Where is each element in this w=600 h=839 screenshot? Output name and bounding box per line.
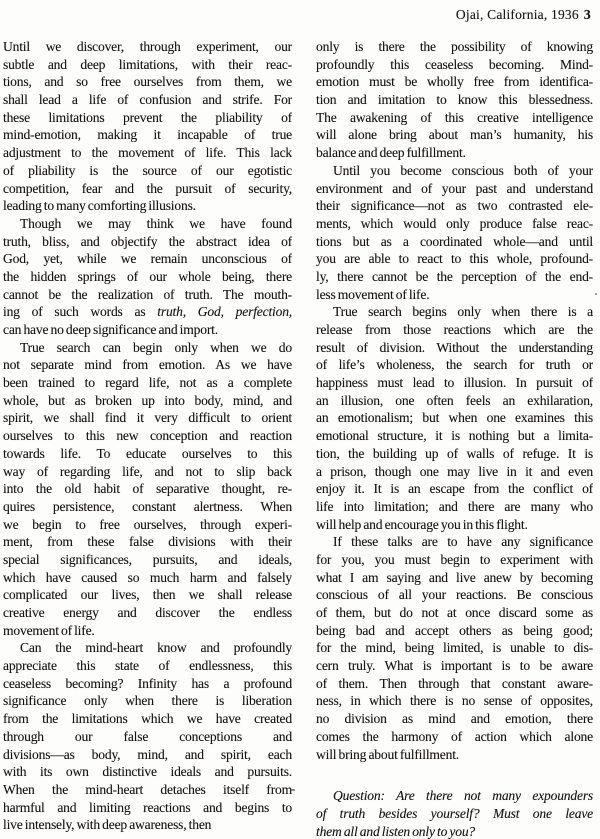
text-line: harmful and limiting reactions and begin… bbox=[3, 799, 292, 817]
text-line: them all and listen only to you? bbox=[316, 823, 593, 839]
text-line: cern truly. What is important is to be a… bbox=[316, 657, 593, 675]
text-line: ing of such words as truth, God, perfect… bbox=[3, 303, 292, 321]
text-line: mind-emotion, making it incapable of tru… bbox=[3, 126, 292, 144]
text-line: emotion must be wholly free from identif… bbox=[316, 73, 593, 91]
text-line: When the mind-heart detaches itself from bbox=[3, 781, 292, 799]
text-line: True search begins only when there is a bbox=[316, 303, 593, 321]
text-line: an illusion, one often feels an exhilara… bbox=[316, 392, 593, 410]
text-line: life into limitation; and there are many… bbox=[316, 498, 593, 516]
text-line: tions, and so free ourselves from them, … bbox=[3, 73, 292, 91]
paragraph: Until you become conscious both of youre… bbox=[316, 162, 593, 304]
text-line: ment, from these false divisions with th… bbox=[3, 533, 292, 551]
text-line: of them, but do not at once discard some… bbox=[316, 604, 593, 622]
text-line: the hidden springs of our whole being, t… bbox=[3, 268, 292, 286]
text-line: significance only when there is liberati… bbox=[3, 692, 292, 710]
text-line: will bring about fulfillment. bbox=[316, 746, 593, 764]
text-line: of truth besides yourself? Must one leav… bbox=[316, 805, 593, 823]
text-line: of pliability is the source of our egoti… bbox=[3, 162, 292, 180]
header-location: Ojai, California, 1936 bbox=[456, 7, 579, 22]
text-line: ness, in which there is no sense of oppo… bbox=[316, 692, 593, 710]
text-line: these limitations prevent the pliability… bbox=[3, 109, 292, 127]
paragraph: only is there the possibility of knowing… bbox=[316, 38, 593, 162]
text-line: what I am saying and live anew by becomi… bbox=[316, 569, 593, 587]
text-line: their significance—not as two contrasted… bbox=[316, 197, 593, 215]
text-line: The awakening of this creative intellige… bbox=[316, 109, 593, 127]
text-line: you are able to react to this whole, pro… bbox=[316, 250, 593, 268]
text-line: ourselves to this new conception and rea… bbox=[3, 427, 292, 445]
text-line: competition, fear and the pursuit of sec… bbox=[3, 180, 292, 198]
text-line: Until you become conscious both of your bbox=[316, 162, 593, 180]
text-line: subtle and deep limitations, with their … bbox=[3, 56, 292, 74]
text-line: whole, but as broken up into body, mind,… bbox=[3, 392, 292, 410]
emphasized-text: truth, God, perfection, bbox=[157, 304, 292, 319]
text-line: will alone bring about man’s humanity, h… bbox=[316, 126, 593, 144]
paragraph: Though we may think we have foundtruth, … bbox=[3, 215, 292, 339]
text-line: happiness must lead to illusion. In purs… bbox=[316, 374, 593, 392]
text-line: True search can begin only when we do bbox=[3, 339, 292, 357]
text-line: which have caused so much harm and false… bbox=[3, 569, 292, 587]
text-line: comes the harmony of action which alone bbox=[316, 728, 593, 746]
text-line: only is there the possibility of knowing bbox=[316, 38, 593, 56]
text-line: not separate mind from emotion. As we ha… bbox=[3, 356, 292, 374]
text-line: ly, there cannot be the perception of th… bbox=[316, 268, 593, 286]
text-line: leading to many comforting illusions. bbox=[3, 197, 292, 215]
text-line: profoundly this ceaseless becoming. Mind… bbox=[316, 56, 593, 74]
scan-speckle bbox=[595, 293, 597, 295]
text-line: live intensely, with deep awareness, the… bbox=[3, 816, 292, 834]
text-line: divisions—as body, mind, and spirit, eac… bbox=[3, 746, 292, 764]
text-segment: ing of such words as bbox=[3, 304, 157, 319]
text-line: ments, which would only produce false re… bbox=[316, 215, 593, 233]
paragraph: Until we discover, through experiment, o… bbox=[3, 38, 292, 215]
text-line: we begin to free ourselves, through expe… bbox=[3, 516, 292, 534]
text-line: been trained to regard life, not as a co… bbox=[3, 374, 292, 392]
text-line: a prison, though one may live in it and … bbox=[316, 463, 593, 481]
text-line: for the mind, being limited, is unable t… bbox=[316, 639, 593, 657]
text-line: spirit, we shall find it very difficult … bbox=[3, 409, 292, 427]
text-line: into the old habit of separative thought… bbox=[3, 480, 292, 498]
paragraph: Question: Are there not many expounderso… bbox=[316, 787, 593, 839]
text-line: complicated our lives, then we shall rel… bbox=[3, 586, 292, 604]
text-column-right: only is there the possibility of knowing… bbox=[316, 38, 593, 839]
text-line: God, yet, while we remain unconscious of bbox=[3, 250, 292, 268]
text-line: enjoy it. It is an escape from the confl… bbox=[316, 480, 593, 498]
text-line: Until we discover, through experiment, o… bbox=[3, 38, 292, 56]
text-line: for you, you must begin to experiment wi… bbox=[316, 551, 593, 569]
text-line: Though we may think we have found bbox=[3, 215, 292, 233]
text-line: adjustment to the movement of life. This… bbox=[3, 144, 292, 162]
text-line: special significances, pursuits, and ide… bbox=[3, 551, 292, 569]
text-line: tion and imitation to know this blessedn… bbox=[316, 91, 593, 109]
text-column-left: Until we discover, through experiment, o… bbox=[3, 38, 292, 834]
text-line: Can the mind-heart know and profoundly bbox=[3, 639, 292, 657]
text-line: cannot be the realization of truth. The … bbox=[3, 286, 292, 304]
book-page: Ojai, California, 19363 Until we discove… bbox=[0, 0, 600, 839]
text-line: will help and encourage you in this flig… bbox=[316, 516, 593, 534]
text-line: can have no deep significance and import… bbox=[3, 321, 292, 339]
text-line: ceaseless becoming? Infinity has a profo… bbox=[3, 675, 292, 693]
text-line: tions but as a coordinated whole—and unt… bbox=[316, 233, 593, 251]
text-line: being bad and accept others as being goo… bbox=[316, 622, 593, 640]
page-header: Ojai, California, 19363 bbox=[456, 7, 591, 24]
paragraph: True search can begin only when we donot… bbox=[3, 339, 292, 640]
text-line: way of regarding life, and not to slip b… bbox=[3, 463, 292, 481]
page-number: 3 bbox=[584, 8, 591, 23]
text-line: quires persistence, constant alertness. … bbox=[3, 498, 292, 516]
scan-speckle bbox=[291, 789, 295, 791]
text-line: of them. Then through that constant awar… bbox=[316, 675, 593, 693]
text-line: appreciate this state of endlessness, th… bbox=[3, 657, 292, 675]
text-line: truth, bliss, and objectify the abstract… bbox=[3, 233, 292, 251]
text-line: result of division. Without the understa… bbox=[316, 339, 593, 357]
text-line: towards life. To educate ourselves to th… bbox=[3, 445, 292, 463]
text-line: If these talks are to have any significa… bbox=[316, 533, 593, 551]
text-line: movement of life. bbox=[3, 622, 292, 640]
paragraph: If these talks are to have any significa… bbox=[316, 533, 593, 763]
text-line: creative energy and discover the endless bbox=[3, 604, 292, 622]
paragraph: Can the mind-heart know and profoundlyap… bbox=[3, 639, 292, 834]
text-line: conscious of all your reactions. Be cons… bbox=[316, 586, 593, 604]
text-line: no division as mind and emotion, there bbox=[316, 710, 593, 728]
paragraph: True search begins only when there is ar… bbox=[316, 303, 593, 533]
text-line: from the limitations which we have creat… bbox=[3, 710, 292, 728]
text-line: shall lead a life of confusion and strif… bbox=[3, 91, 292, 109]
text-line: with its own distinctive ideals and purs… bbox=[3, 763, 292, 781]
text-line: an emotionalism; but when one examines t… bbox=[316, 409, 593, 427]
text-line: emotional structure, it is nothing but a… bbox=[316, 427, 593, 445]
text-line: tion, the building up of walls of refuge… bbox=[316, 445, 593, 463]
text-line: through our false conceptions and bbox=[3, 728, 292, 746]
text-line: environment and of your past and underst… bbox=[316, 180, 593, 198]
text-line: release from those reactions which are t… bbox=[316, 321, 593, 339]
text-line: Question: Are there not many expounders bbox=[316, 787, 593, 805]
text-line: less movement of life. bbox=[316, 286, 593, 304]
text-line: balance and deep fulfillment. bbox=[316, 144, 593, 162]
text-line: of life’s wholeness, the search for trut… bbox=[316, 356, 593, 374]
